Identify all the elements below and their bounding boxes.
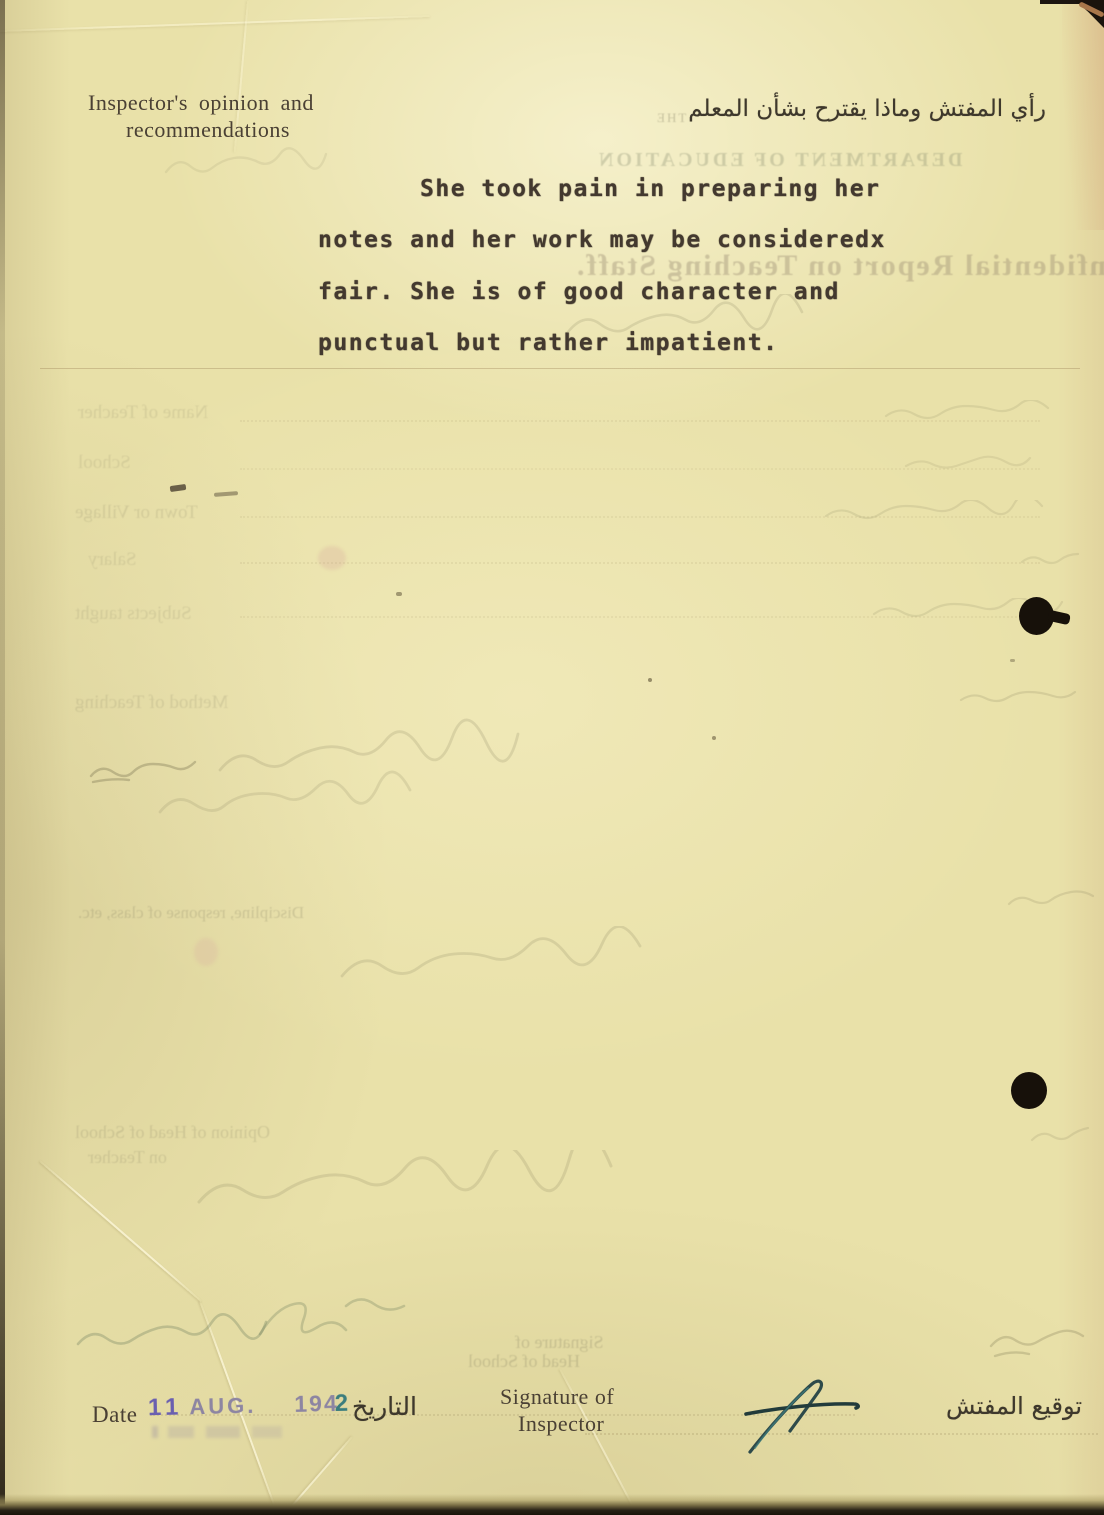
scan-edge-left xyxy=(0,0,5,1515)
ink-speck xyxy=(648,678,652,682)
ghost-handwriting xyxy=(330,926,730,996)
date-stamp-month: AUG. xyxy=(189,1393,257,1420)
ghost-handwriting xyxy=(955,686,1090,710)
ghost-label-signature-head-line2: Head of School xyxy=(468,1351,580,1372)
scanned-report-page: THE DEPARTMENT OF EDUCATION Confidential… xyxy=(0,0,1104,1515)
inspector-signature xyxy=(722,1368,902,1468)
ghost-handwriting xyxy=(1028,1120,1096,1150)
ghost-label-method-of-teaching: Method of Teaching xyxy=(75,692,228,714)
ghost-handwriting xyxy=(880,400,1075,426)
ghost-text-the: THE xyxy=(655,110,686,126)
ghost-label-salary: Salary xyxy=(88,549,137,571)
stamp-second-line-smudge xyxy=(152,1426,292,1438)
ghost-label-subjects-taught: Subjects taught xyxy=(75,603,192,625)
signature-label-line2: Inspector xyxy=(518,1411,604,1437)
ghost-handwriting xyxy=(985,1318,1095,1362)
ghost-text-confidential-title: Confidential Report on Teaching Staff. xyxy=(575,249,1104,283)
paper-crease xyxy=(39,1160,202,1302)
ink-speck xyxy=(214,491,238,497)
ghost-label-opinion-line2: on Teacher xyxy=(88,1147,167,1168)
pink-smudge xyxy=(194,938,218,966)
inspector-opinion-heading-arabic: رأي المفتش وماذا يقترح بشأن المعلم xyxy=(688,96,1046,122)
date-stamp-year: 194 xyxy=(294,1390,339,1417)
date-stamp-day: 11 xyxy=(148,1393,184,1421)
signature-label-line1: Signature of xyxy=(500,1384,614,1410)
ghost-label-name-of-teacher: Name of Teacher xyxy=(78,402,208,424)
ink-speck xyxy=(170,484,187,492)
date-stamp: 11AUG.1942 xyxy=(148,1390,349,1423)
ghost-handwriting xyxy=(820,500,1070,526)
pink-smudge xyxy=(318,546,346,570)
typed-note-line1: She took pain in preparing her xyxy=(420,176,880,202)
date-stamp-year-last-digit: 2 xyxy=(334,1390,348,1417)
ghost-label-opinion-line1: Opinion of Head of School xyxy=(75,1122,270,1143)
date-label: Date xyxy=(92,1402,137,1428)
ghost-label-town-or-village: Town or Village xyxy=(75,502,198,524)
punch-hole xyxy=(1011,1072,1047,1109)
ghost-handwriting xyxy=(1005,886,1097,914)
ghost-label-discipline: Discipline, response of class, etc. xyxy=(78,903,304,923)
ink-speck xyxy=(712,736,716,740)
ghost-handwriting xyxy=(150,768,480,832)
ghost-handwriting xyxy=(250,1286,420,1352)
form-dotted-line xyxy=(240,562,1040,564)
ink-speck xyxy=(1010,659,1015,662)
inspector-opinion-heading-line1: Inspector's opinion and xyxy=(88,90,314,116)
paper-crease xyxy=(0,15,430,32)
ghost-handwriting xyxy=(185,1150,745,1224)
ghost-label-school: School xyxy=(78,452,131,474)
ghost-handwriting xyxy=(160,138,350,186)
ghost-text-department: DEPARTMENT OF EDUCATION xyxy=(596,149,962,172)
ghost-handwriting xyxy=(1018,548,1088,570)
form-rule-line xyxy=(40,368,1080,369)
scan-edge-tint xyxy=(1062,0,1104,230)
date-label-arabic: التاريخ xyxy=(352,1392,417,1421)
ghost-handwriting xyxy=(560,294,860,346)
scan-edge-bottom xyxy=(0,1494,1104,1515)
typed-note-line2: notes and her work may be consideredx xyxy=(318,227,886,253)
ink-speck xyxy=(396,592,402,596)
ghost-handwriting xyxy=(900,452,1075,476)
signature-label-arabic: توقيع المفتش xyxy=(946,1392,1082,1420)
ghost-label-signature-head-line1: Signature of xyxy=(515,1332,603,1353)
